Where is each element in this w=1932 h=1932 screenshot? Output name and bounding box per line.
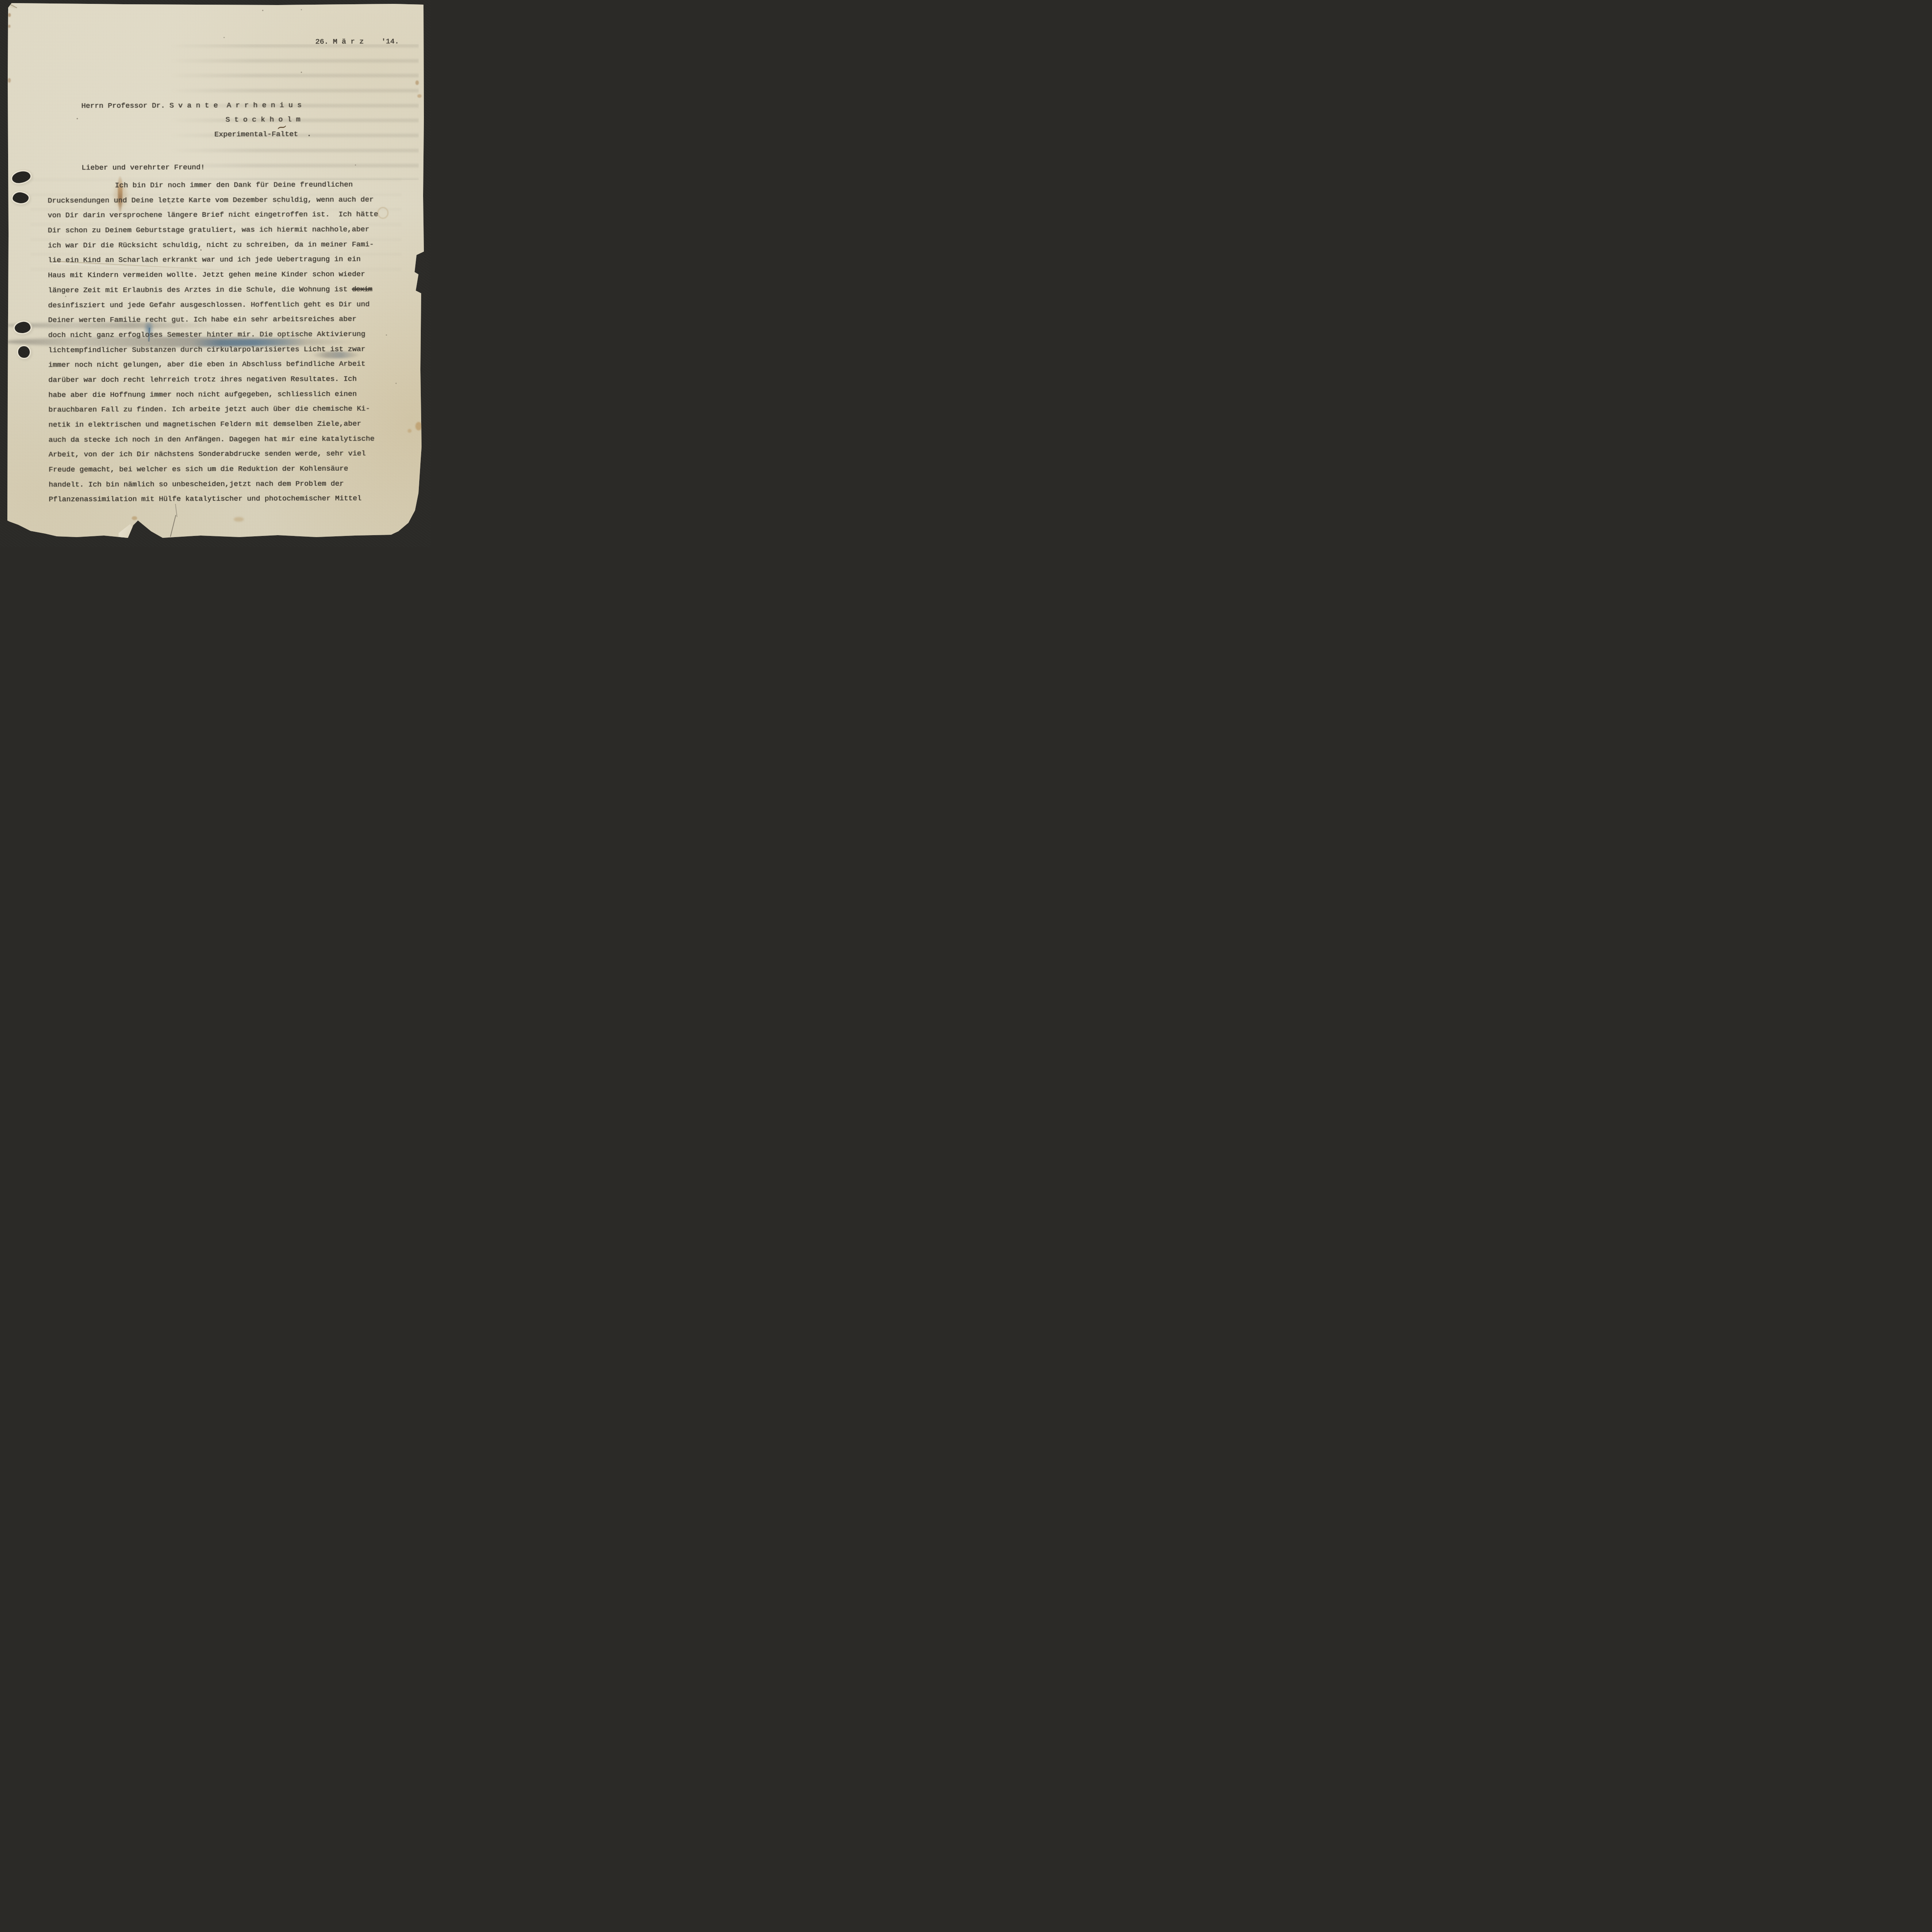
body-line: von Dir darin versprochene längere Brief…: [48, 207, 395, 223]
recipient-city-line: S t o c k h o l m: [226, 115, 301, 124]
body-line: brauchbaren Fall zu finden. Ich arbeite …: [48, 401, 396, 418]
salutation: Lieber und verehrter Freund!: [82, 163, 205, 172]
paper-specks: [7, 2, 8, 3]
body-line: Dir schon zu Deinem Geburtstage gratulie…: [48, 222, 396, 238]
body-line: Deiner werten Familie recht gut. Ich hab…: [48, 312, 396, 328]
recipient-street-line: Experimental-Faltet .: [214, 130, 311, 139]
body-line: Arbeit, von der ich Dir nächstens Sonder…: [49, 446, 396, 463]
typewritten-text-layer: 26. M ä r z '14. Herrn Professor Dr. S v…: [7, 2, 425, 540]
date-line: 26. M ä r z '14.: [315, 37, 399, 46]
body-line: Pflanzenassimilation mit Hülfe katalytis…: [49, 491, 396, 507]
scan-background: 26. M ä r z '14. Herrn Professor Dr. S v…: [0, 0, 430, 547]
body-line: lichtempfindlicher Substanzen durch cirk…: [48, 342, 396, 358]
body-line: ich war Dir die Rücksicht schuldig, nich…: [48, 237, 396, 253]
body-line: netik in elektrischen und magnetischen F…: [48, 416, 396, 432]
body-line: handelt. Ich bin nämlich so unbescheiden…: [49, 476, 396, 492]
body-line: Haus mit Kindern vermeiden wollte. Jetzt…: [48, 267, 396, 283]
body-line: desinfisziert und jede Gefahr ausgeschlo…: [48, 297, 396, 313]
body-line: immer noch nicht gelungen, aber die eben…: [48, 357, 396, 373]
body-line: auch da stecke ich noch in den Anfängen.…: [48, 431, 396, 447]
recipient-name-line: Herrn Professor Dr. S v a n t e A r r h …: [81, 101, 301, 110]
punch-hole: [18, 346, 30, 358]
body-line: lie ein Kind an Scharlach erkrankt war u…: [48, 252, 396, 268]
letter-page: 26. M ä r z '14. Herrn Professor Dr. S v…: [7, 2, 424, 539]
body-line: Ich bin Dir noch immer den Dank für Dein…: [48, 177, 395, 193]
body-line: darüber war doch recht lehrreich trotz i…: [48, 371, 396, 388]
body-line: Drucksendungen und Deine letzte Karte vo…: [48, 192, 395, 208]
body-lines: Ich bin Dir noch immer den Dank für Dein…: [48, 177, 396, 507]
body-line: Freude gemacht, bei welcher es sich um d…: [49, 461, 396, 477]
body-line: habe aber die Hoffnung immer noch nicht …: [48, 386, 396, 403]
struck-out-word: dexim: [352, 285, 372, 293]
body-line: längere Zeit mit Erlaubnis des Arztes in…: [48, 282, 396, 298]
body-line: doch nicht ganz erfogloses Semester hint…: [48, 327, 396, 343]
